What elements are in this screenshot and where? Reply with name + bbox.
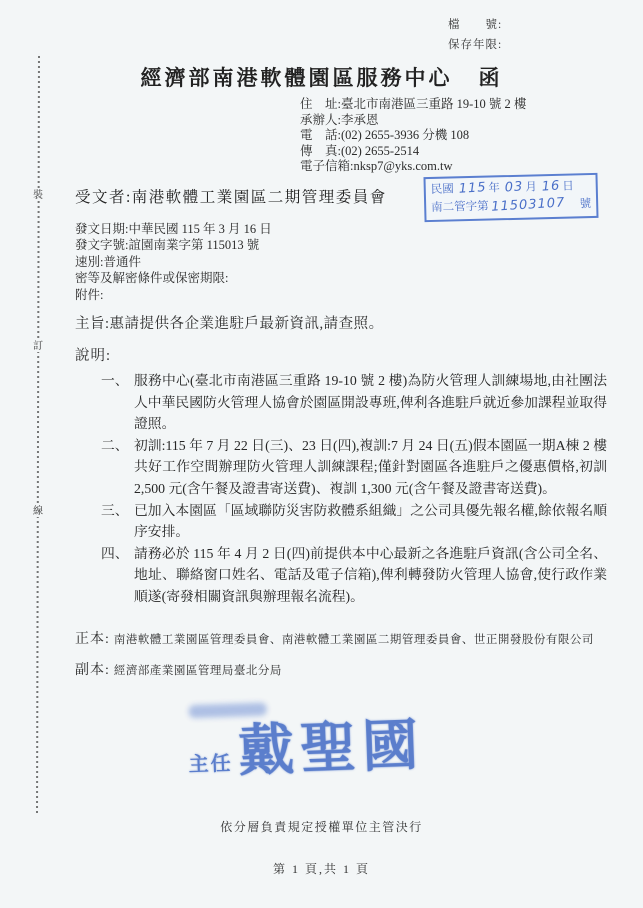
issuer-name: 經濟部南港軟體園區服務中心 <box>141 66 453 90</box>
copy-original-label: 正本: <box>75 628 110 648</box>
stamp-ref-prefix: 南二管字第 <box>431 199 489 217</box>
item-number: 三、 <box>101 500 134 543</box>
director-name-stamp: 主任 戴聖國 <box>186 689 489 799</box>
retention-period-label: 保存年限: <box>448 35 502 55</box>
item-number: 一、 <box>101 370 134 435</box>
copy-duplicate-row: 副本: 經濟部產業園區管理局臺北分局 <box>75 659 282 679</box>
stamp-day-handwritten: 16 <box>539 177 563 195</box>
stamp-month-label: 月 <box>525 181 537 193</box>
stamp-ref-number-handwritten: 11503107 <box>488 194 567 216</box>
director-title: 主任 <box>188 746 233 777</box>
stamp-day-label: 日 <box>562 180 574 192</box>
contact-phone: 電 話:(02) 2655-3936 分機 108 <box>300 128 526 144</box>
list-item: 二、 初訓:115 年 7 月 22 日(三)、23 日(四),複訓:7 月 2… <box>101 435 607 500</box>
scanned-official-letter: 裝 訂 線 檔 號: 保存年限: 經濟部南港軟體園區服務中心函 住 址:臺北市南… <box>0 0 643 908</box>
item-text: 初訓:115 年 7 月 22 日(三)、23 日(四),複訓:7 月 24 日… <box>134 435 607 500</box>
recipient-line: 受文者:南港軟體工業園區二期管理委員會 <box>75 185 387 207</box>
item-text: 已加入本園區「區域聯防災害防救體系組織」之公司具優先報名權,餘依報名順序安排。 <box>134 500 607 543</box>
meta-block: 發文日期:中華民國 115 年 3 月 16 日 發文字號:誼園南業字第 115… <box>75 221 272 303</box>
stamp-era-label: 民國 <box>431 183 454 196</box>
contact-person: 承辦人:李承恩 <box>300 113 526 129</box>
file-number-label: 檔 號: <box>448 15 502 35</box>
subject-line: 主旨:惠請提供各企業進駐戶最新資訊,請查照。 <box>75 312 384 333</box>
item-text: 請務必於 115 年 4 月 2 日(四)前提供本中心最新之各進駐戶資訊(含公司… <box>134 543 607 608</box>
document-title: 經濟部南港軟體園區服務中心函 <box>0 62 643 92</box>
explanation-label: 說明: <box>75 344 111 365</box>
list-item: 三、 已加入本園區「區域聯防災害防救體系組織」之公司具優先報名權,餘依報名順序安… <box>101 500 607 543</box>
contact-fax: 傳 真:(02) 2655-2514 <box>300 144 526 160</box>
doc-type-letter: 函 <box>479 66 503 90</box>
stamp-year-handwritten: 115 <box>456 179 489 198</box>
list-item: 四、 請務必於 115 年 4 月 2 日(四)前提供本中心最新之各進駐戶資訊(… <box>101 543 607 608</box>
copy-duplicate-value: 經濟部產業園區管理局臺北分局 <box>114 662 282 678</box>
stamp-month-handwritten: 03 <box>502 178 526 196</box>
item-text: 服務中心(臺北市南港區三重路 19-10 號 2 樓)為防火管理人訓練場地,由社… <box>134 370 607 435</box>
copy-original-row: 正本: 南港軟體工業園區管理委員會、南港軟體工業園區二期管理委員會、世正開發股份… <box>75 628 594 648</box>
contact-block: 住 址:臺北市南港區三重路 19-10 號 2 樓 承辦人:李承恩 電 話:(0… <box>300 97 526 175</box>
ref-number-line: 發文字號:誼園南業字第 115013 號 <box>75 237 272 253</box>
stamp-ref-suffix: 號 <box>579 196 591 213</box>
copy-original-value: 南港軟體工業園區管理委員會、南港軟體工業園區二期管理委員會、世正開發股份有限公司 <box>114 631 594 647</box>
item-number: 二、 <box>101 435 134 500</box>
priority-line: 速別:普通件 <box>75 254 272 270</box>
copy-duplicate-label: 副本: <box>75 659 110 679</box>
file-number-block: 檔 號: 保存年限: <box>448 15 502 55</box>
item-number: 四、 <box>101 543 134 608</box>
stamp-year-label: 年 <box>488 182 500 194</box>
security-line: 密等及解密條件或保密期限: <box>75 270 272 286</box>
issue-date-line: 發文日期:中華民國 115 年 3 月 16 日 <box>75 221 272 237</box>
explanation-items: 一、 服務中心(臺北市南港區三重路 19-10 號 2 樓)為防火管理人訓練場地… <box>101 370 607 608</box>
margin-mark-xian: 線 <box>31 506 45 517</box>
page-number: 第 1 頁,共 1 頁 <box>0 860 643 877</box>
received-date-stamp: 民國 115年 03月 16日 南二管字第 11503107 號 <box>423 173 598 222</box>
attachment-line: 附件: <box>75 287 272 303</box>
director-name: 戴聖國 <box>237 701 426 787</box>
contact-address: 住 址:臺北市南港區三重路 19-10 號 2 樓 <box>300 97 526 113</box>
margin-mark-zhuang: 裝 <box>31 190 45 201</box>
margin-mark-ding: 訂 <box>31 341 45 352</box>
contact-email: 電子信箱:nksp7@yks.com.tw <box>300 159 526 175</box>
binding-dashed-line <box>36 56 40 816</box>
delegation-note: 依分層負責規定授權單位主管決行 <box>0 818 643 835</box>
list-item: 一、 服務中心(臺北市南港區三重路 19-10 號 2 樓)為防火管理人訓練場地… <box>101 370 607 435</box>
